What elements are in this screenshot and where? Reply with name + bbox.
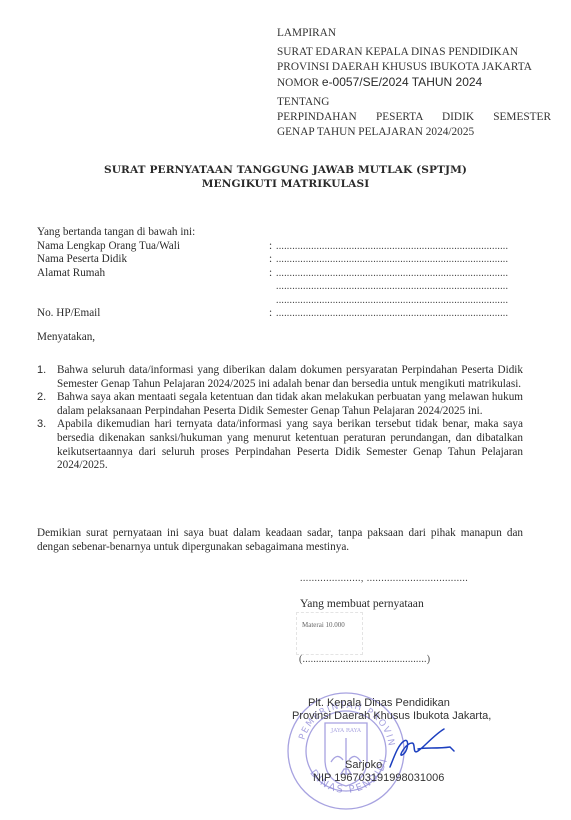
lampiran-line-1: SURAT EDARAN KEPALA DINAS PENDIDIKAN xyxy=(277,45,551,60)
signature-icon xyxy=(384,727,464,771)
list-text: Bahwa seluruh data/informasi yang diberi… xyxy=(57,364,523,391)
closing-paragraph: Demikian surat pernyataan ini saya buat … xyxy=(37,527,523,554)
parent-name-blank[interactable]: ........................................… xyxy=(276,240,526,254)
empty-label xyxy=(37,294,269,308)
materai-box: Materai 10.000 xyxy=(296,612,363,655)
official-title-2: Provinsi Daerah Khusus Ibukota Jakarta, xyxy=(292,710,492,723)
identity-form: Yang bertanda tangan di bawah ini: Nama … xyxy=(37,226,526,321)
field-colon: : xyxy=(269,253,276,267)
official-name: Sarjoko xyxy=(345,759,382,771)
statement-heading: Menyatakan, xyxy=(37,331,95,343)
field-colon: : xyxy=(269,267,276,281)
field-address: Alamat Rumah : .........................… xyxy=(37,267,526,281)
statement-list: 1. Bahwa seluruh data/informasi yang dib… xyxy=(37,364,527,473)
lampiran-line-2: PROVINSI DAERAH KHUSUS IBUKOTA JAKARTA xyxy=(277,60,551,75)
phone-email-blank[interactable]: ........................................… xyxy=(276,307,526,321)
signer-name-blank[interactable]: (.......................................… xyxy=(299,654,430,665)
field-label: Alamat Rumah xyxy=(37,267,269,281)
field-phone-email: No. HP/Email : .........................… xyxy=(37,307,526,321)
list-item: 3. Apabila dikemudian hari ternyata data… xyxy=(37,418,527,472)
lampiran-nomor: NOMOR e-0057/SE/2024 TAHUN 2024 xyxy=(277,75,551,91)
list-number: 3. xyxy=(37,418,57,472)
field-colon: : xyxy=(269,240,276,254)
nomor-value: e-0057/SE/2024 TAHUN 2024 xyxy=(322,75,482,89)
field-address-cont-2: ........................................… xyxy=(37,294,526,308)
nomor-label: NOMOR xyxy=(277,77,319,89)
field-colon: : xyxy=(269,307,276,321)
student-name-blank[interactable]: ........................................… xyxy=(276,253,526,267)
tentang-line-1: PERPINDAHAN PESERTA DIDIK SEMESTER xyxy=(277,110,551,125)
tentang-line-2: GENAP TAHUN PELAJARAN 2024/2025 xyxy=(277,125,551,140)
field-label: No. HP/Email xyxy=(37,307,269,321)
lampiran-header: LAMPIRAN SURAT EDARAN KEPALA DINAS PENDI… xyxy=(277,26,551,140)
materai-label: Materai 10.000 xyxy=(302,621,345,629)
title-line-2: MENGIKUTI MATRIKULASI xyxy=(0,177,571,191)
list-number: 2. xyxy=(37,391,57,418)
official-nip: NIP 196703191998031006 xyxy=(313,772,444,784)
place-date-blank[interactable]: ....................., .................… xyxy=(300,573,468,584)
empty-colon xyxy=(269,294,276,308)
field-label: Nama Peserta Didik xyxy=(37,253,269,267)
field-student-name: Nama Peserta Didik : ...................… xyxy=(37,253,526,267)
form-intro: Yang bertanda tangan di bawah ini: xyxy=(37,226,526,240)
address-blank-2[interactable]: ........................................… xyxy=(276,280,526,294)
list-text: Bahwa saya akan mentaati segala ketentua… xyxy=(57,391,523,418)
list-text: Apabila dikemudian hari ternyata data/in… xyxy=(57,418,523,472)
empty-label xyxy=(37,280,269,294)
form-intro-text: Yang bertanda tangan di bawah ini: xyxy=(37,226,195,240)
list-number: 1. xyxy=(37,364,57,391)
field-parent-name: Nama Lengkap Orang Tua/Wali : ..........… xyxy=(37,240,526,254)
tentang-label: TENTANG xyxy=(277,95,551,110)
list-item: 1. Bahwa seluruh data/informasi yang dib… xyxy=(37,364,527,391)
list-item: 2. Bahwa saya akan mentaati segala keten… xyxy=(37,391,527,418)
svg-text:JAYA RAYA: JAYA RAYA xyxy=(330,728,362,734)
address-blank-3[interactable]: ........................................… xyxy=(276,294,526,308)
lampiran-label: LAMPIRAN xyxy=(277,26,551,41)
title-line-1: SURAT PERNYATAAN TANGGUNG JAWAB MUTLAK (… xyxy=(0,163,571,177)
empty-colon xyxy=(269,280,276,294)
field-label: Nama Lengkap Orang Tua/Wali xyxy=(37,240,269,254)
field-address-cont-1: ........................................… xyxy=(37,280,526,294)
document-title: SURAT PERNYATAAN TANGGUNG JAWAB MUTLAK (… xyxy=(0,163,571,191)
official-title-1: Plt. Kepala Dinas Pendidikan xyxy=(292,697,492,710)
official-block: Plt. Kepala Dinas Pendidikan Provinsi Da… xyxy=(292,697,492,723)
maker-label: Yang membuat pernyataan xyxy=(300,597,424,610)
address-blank-1[interactable]: ........................................… xyxy=(276,267,526,281)
